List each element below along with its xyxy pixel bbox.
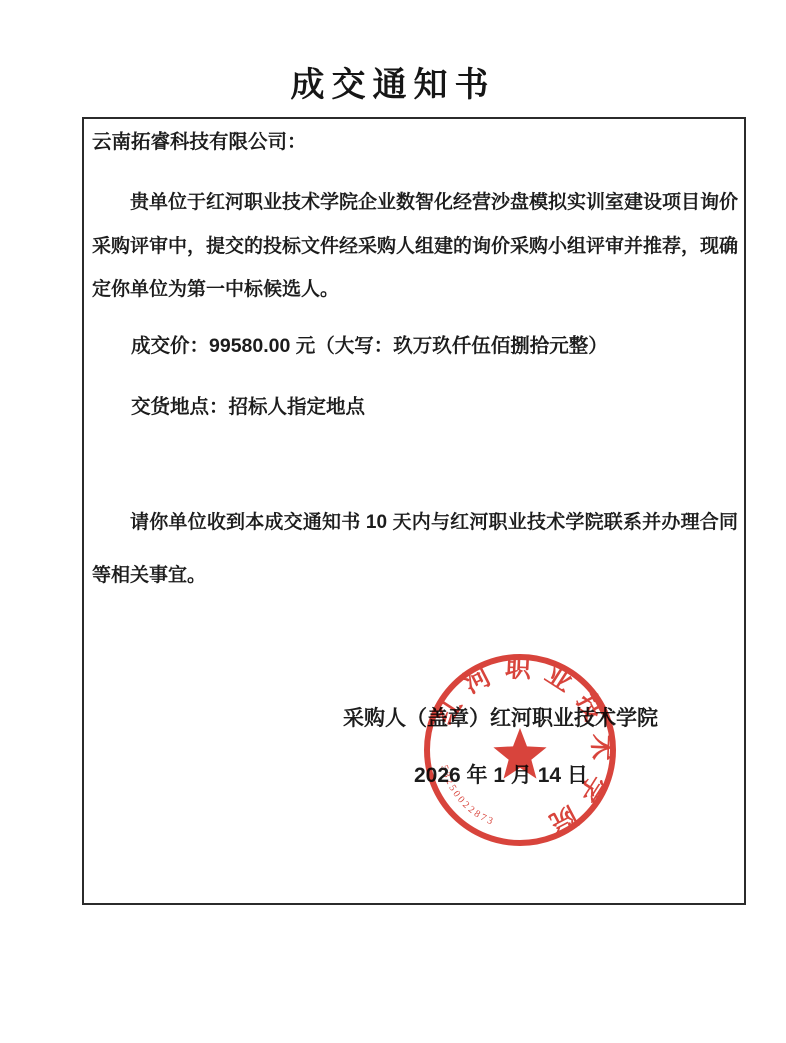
addressee-line: 云南拓睿科技有限公司：	[92, 127, 738, 157]
award-paragraph: 贵单位于红河职业技术学院企业数智化经营沙盘模拟实训室建设项目询价采购评审中，提交…	[92, 181, 738, 312]
date-line: 2026 年 1 月 14 日	[414, 759, 588, 789]
purchaser-signature-line: 采购人（盖章）红河职业技术学院	[343, 702, 658, 732]
scanned-notice-page: 成交通知书 云南拓睿科技有限公司： 贵单位于红河职业技术学院企业数智化经营沙盘模…	[0, 0, 786, 1043]
delivery-location-line: 交货地点：招标人指定地点	[92, 392, 738, 422]
contact-paragraph: 请你单位收到本成交通知书 10 天内与红河职业技术学院联系并办理合同等相关事宜。	[92, 496, 738, 602]
page-title: 成交通知书	[0, 57, 786, 106]
award-price-line: 成交价：99580.00 元（大写：玖万玖仟伍佰捌拾元整）	[92, 331, 738, 361]
